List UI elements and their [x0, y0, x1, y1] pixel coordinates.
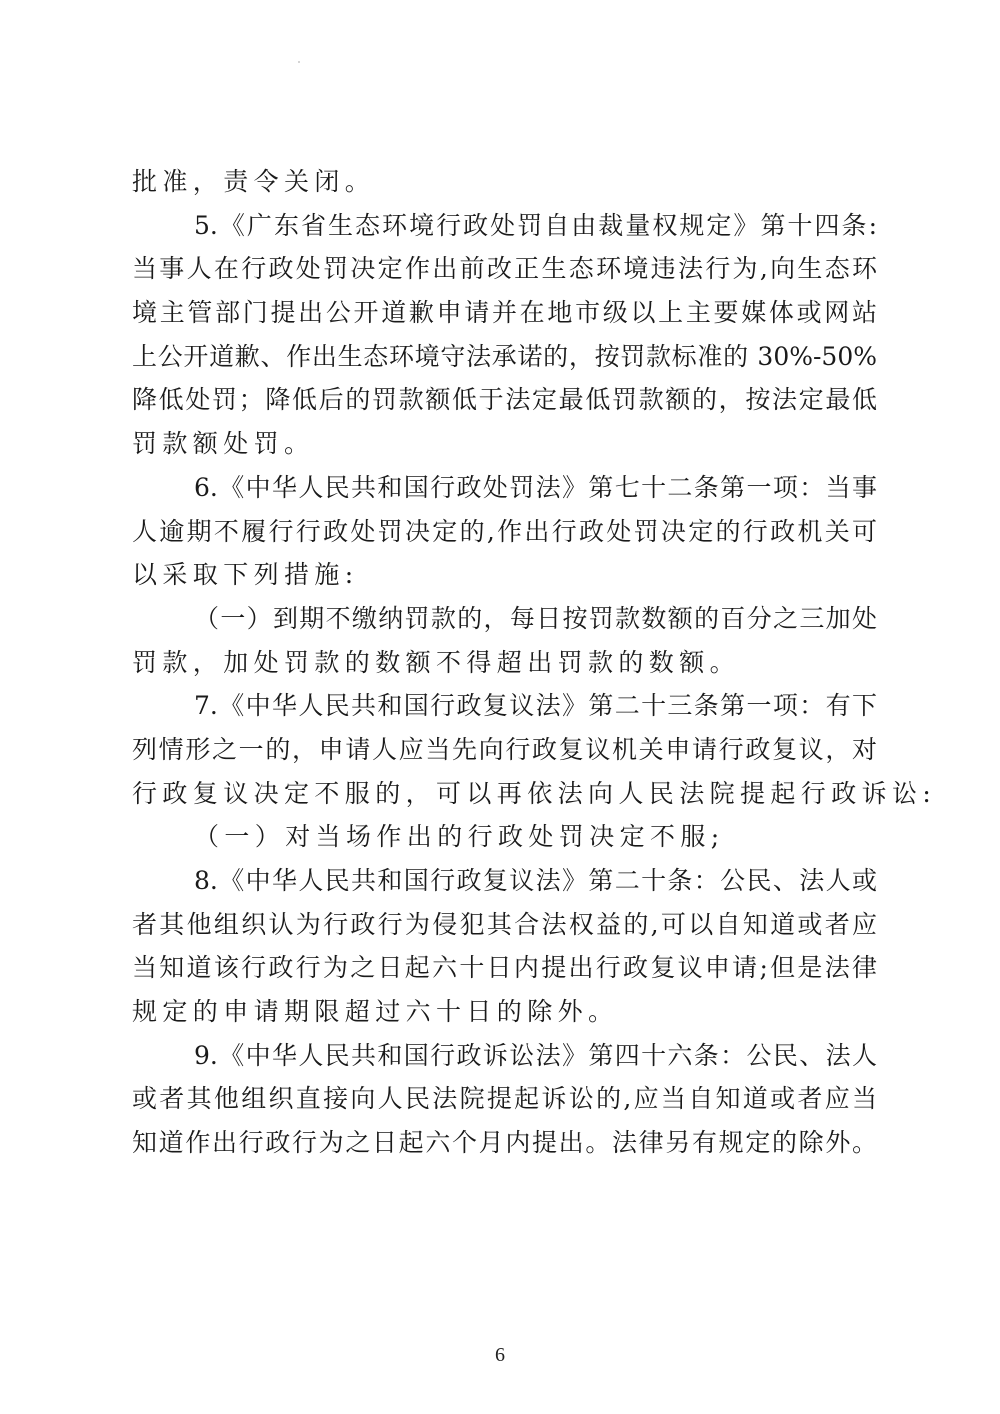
body-text: 批准，责令关闭。 5.《广东省生态环境行政处罚自由裁量权规定》第十四条: 当事人…	[132, 160, 877, 1165]
text-line: 行政复议决定不服的，可以再依法向人民法院提起行政诉讼:	[132, 772, 877, 816]
sub-item-line: （一）对当场作出的行政处罚决定不服;	[132, 815, 877, 859]
text-line: 规定的申请期限超过六十日的除外。	[132, 990, 877, 1034]
article-6-heading: 6.《中华人民共和国行政处罚法》第七十二条第一项：当事	[132, 466, 877, 510]
article-5-heading: 5.《广东省生态环境行政处罚自由裁量权规定》第十四条:	[132, 204, 877, 248]
page-number: 6	[0, 1344, 1000, 1367]
text-line: 列情形之一的，申请人应当先向行政复议机关申请行政复议，对	[132, 728, 877, 772]
text-line: 降低处罚；降低后的罚款额低于法定最低罚款额的，按法定最低	[132, 378, 877, 422]
text-line: 罚款额处罚。	[132, 422, 877, 466]
sub-item-line: （一）到期不缴纳罚款的，每日按罚款数额的百分之三加处	[132, 597, 877, 641]
text-line: 上公开道歉、作出生态环境守法承诺的，按罚款标准的 30%-50%	[132, 335, 877, 379]
article-7-heading: 7.《中华人民共和国行政复议法》第二十三条第一项：有下	[132, 684, 877, 728]
text-line: 罚款，加处罚款的数额不得超出罚款的数额。	[132, 641, 877, 685]
text-line: 知道作出行政行为之日起六个月内提出。法律另有规定的除外。	[132, 1121, 877, 1165]
text-line: 人逾期不履行行政处罚决定的,作出行政处罚决定的行政机关可	[132, 510, 877, 554]
text-line: 当知道该行政行为之日起六十日内提出行政复议申请;但是法律	[132, 946, 877, 990]
text-line: 当事人在行政处罚决定作出前改正生态环境违法行为,向生态环	[132, 247, 877, 291]
text-line: 以采取下列措施:	[132, 553, 877, 597]
scan-speck	[298, 61, 300, 63]
article-8-heading: 8.《中华人民共和国行政复议法》第二十条：公民、法人或	[132, 859, 877, 903]
text-line: 或者其他组织直接向人民法院提起诉讼的,应当自知道或者应当	[132, 1077, 877, 1121]
text-line: 批准，责令关闭。	[132, 160, 877, 204]
article-9-heading: 9.《中华人民共和国行政诉讼法》第四十六条：公民、法人	[132, 1034, 877, 1078]
document-page: 批准，责令关闭。 5.《广东省生态环境行政处罚自由裁量权规定》第十四条: 当事人…	[0, 0, 1000, 1414]
text-line: 者其他组织认为行政行为侵犯其合法权益的,可以自知道或者应	[132, 903, 877, 947]
text-line: 境主管部门提出公开道歉申请并在地市级以上主要媒体或网站	[132, 291, 877, 335]
